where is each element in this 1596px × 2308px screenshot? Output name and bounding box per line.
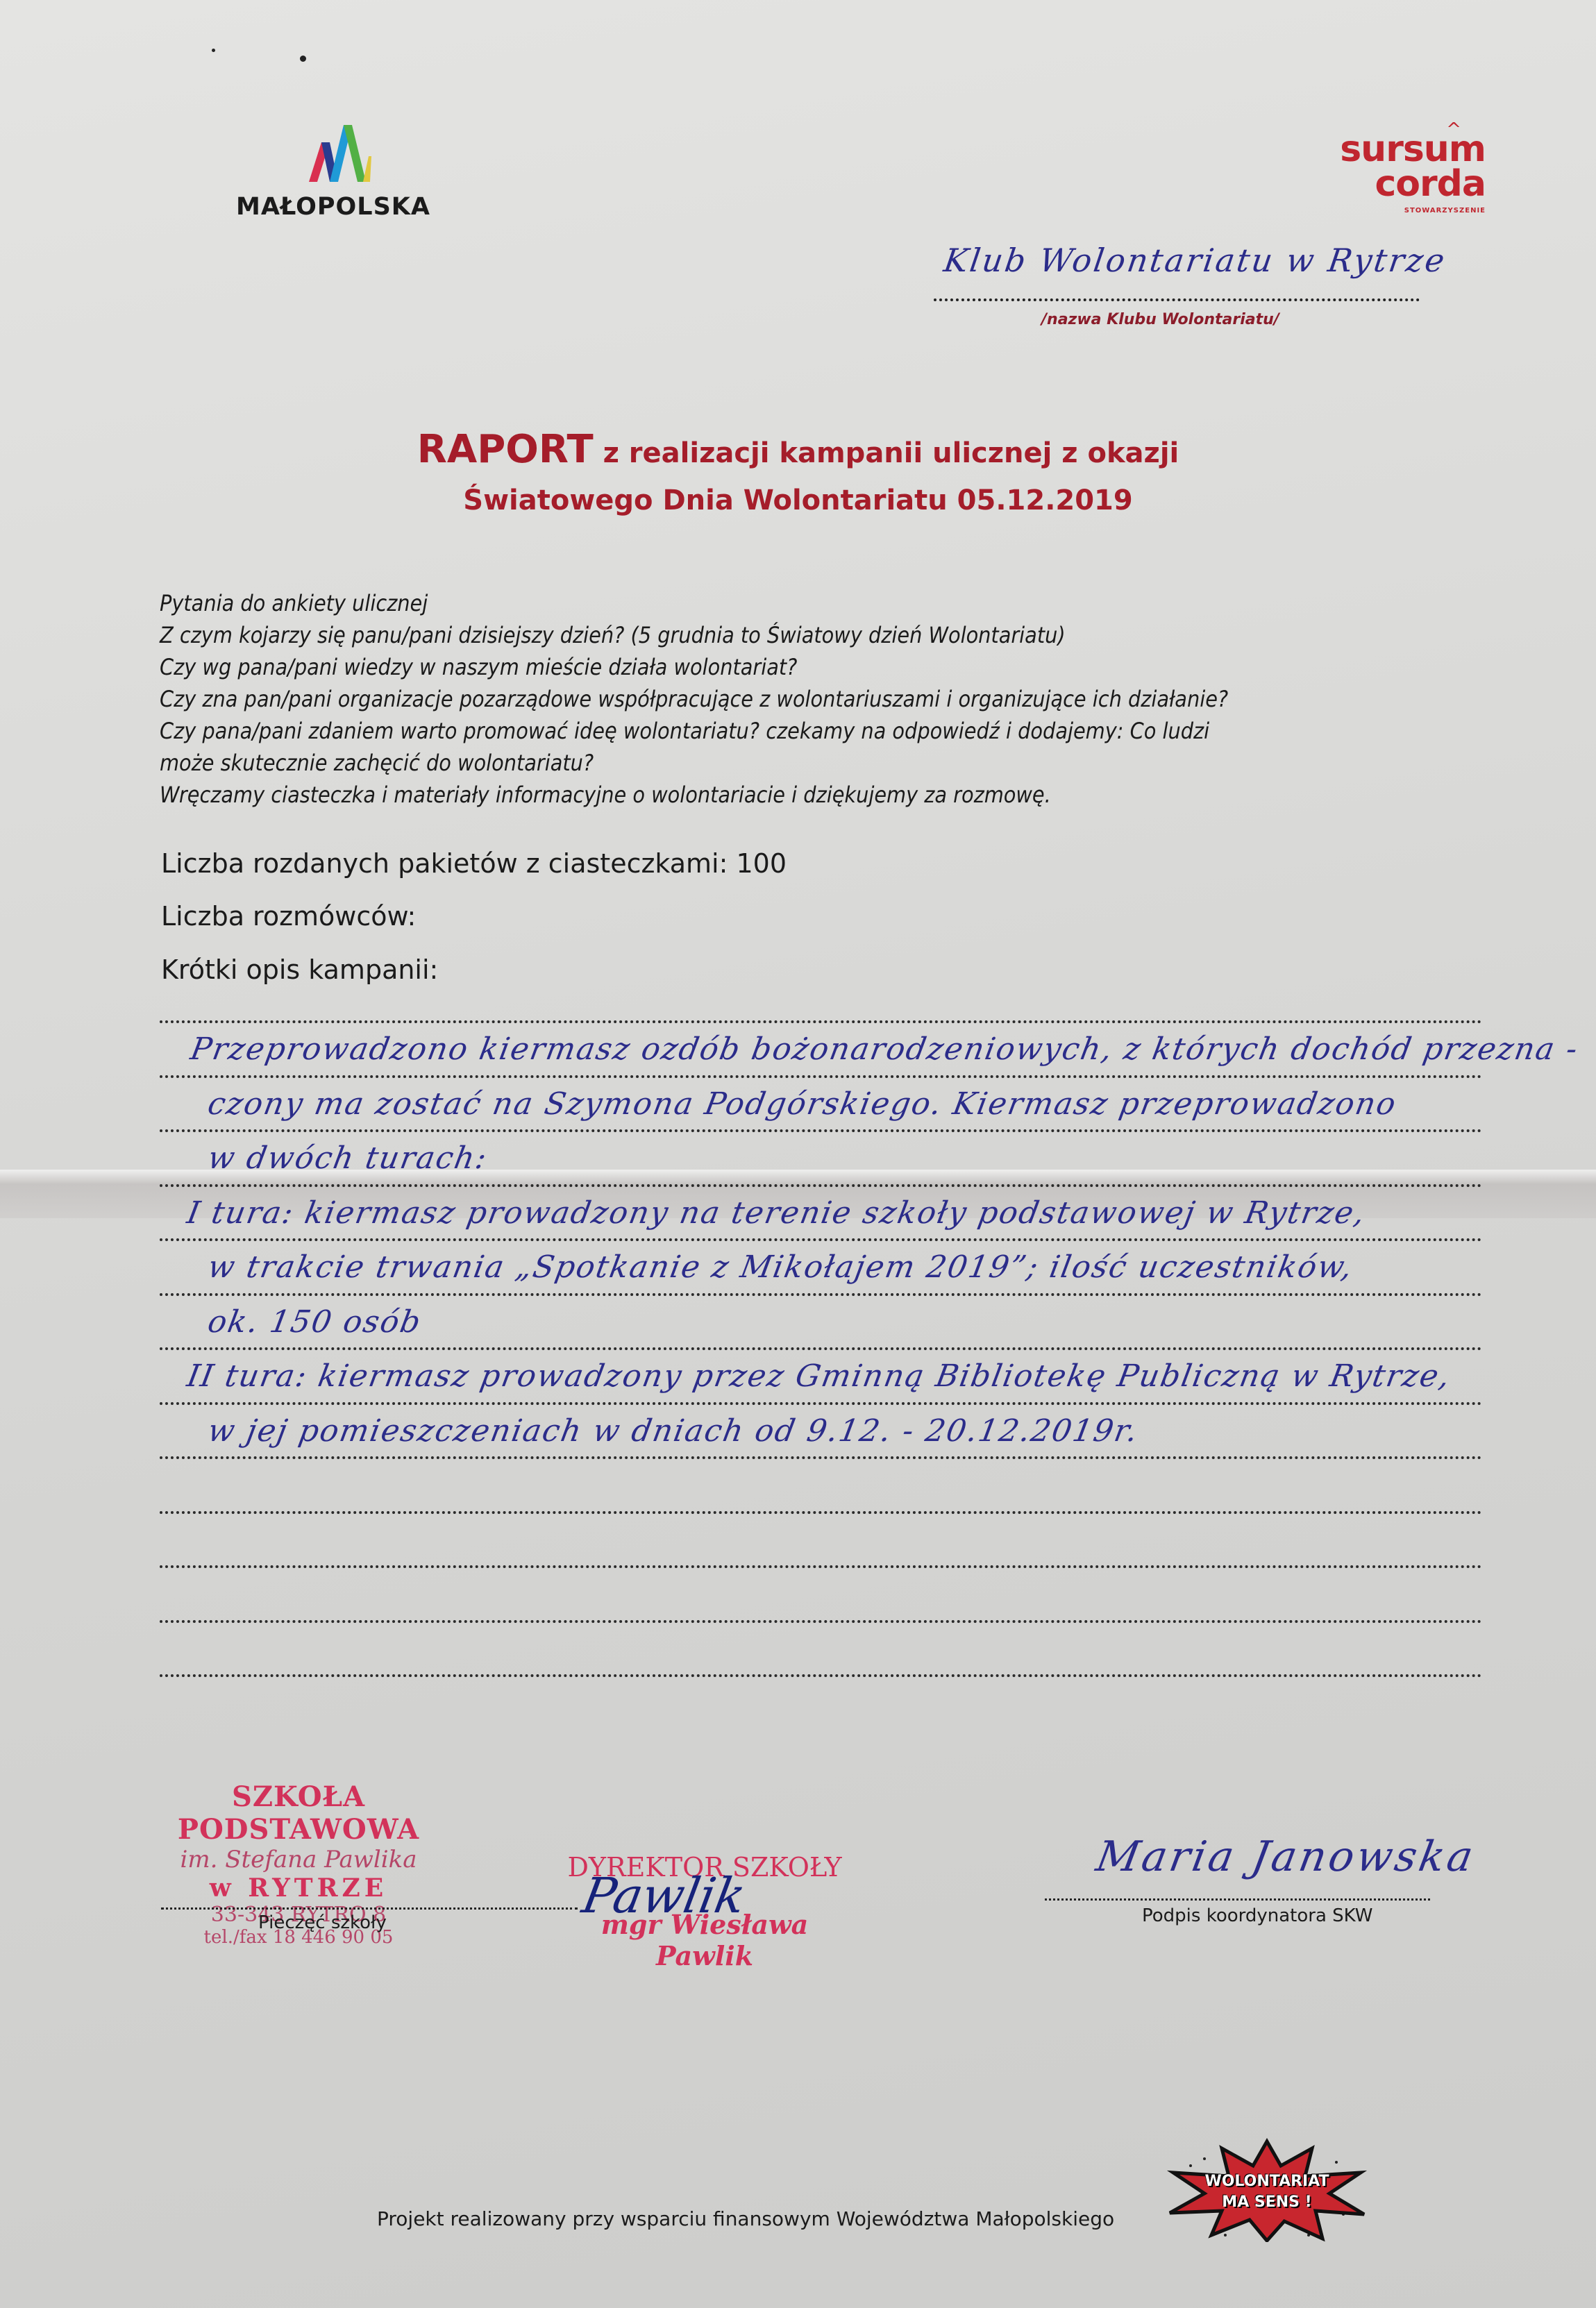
ruled-line bbox=[160, 1402, 1482, 1405]
malopolska-logo: MAŁOPOLSKA bbox=[236, 125, 444, 221]
club-name-caption: /nazwa Klubu Wolontariatu/ bbox=[1041, 311, 1279, 328]
ruled-line bbox=[160, 1129, 1482, 1132]
paper-speck bbox=[300, 56, 306, 62]
report-title-word: RAPORT bbox=[417, 427, 594, 472]
ruled-line bbox=[160, 1674, 1482, 1677]
school-stamp-caption: Pieczęć szkoły bbox=[258, 1912, 387, 1933]
ruled-line bbox=[160, 1511, 1482, 1514]
question-item: Czy zna pan/pani organizacje pozarządowe… bbox=[160, 683, 1513, 715]
survey-questions: Pytania do ankiety ulicznej Z czym kojar… bbox=[160, 587, 1513, 811]
description-line: w jej pomieszczeniach w dniach od 9.12. … bbox=[205, 1413, 1142, 1449]
badge-line: MA SENS ! bbox=[1163, 2192, 1371, 2213]
question-item: Wręczamy ciasteczka i materiały informac… bbox=[160, 779, 1513, 811]
description-label: Krótki opis kampanii: bbox=[161, 954, 438, 985]
question-item: Czy pana/pani zdaniem warto promować ide… bbox=[160, 715, 1513, 747]
footer-funding-note: Projekt realizowany przy wsparciu finans… bbox=[377, 2207, 1114, 2230]
ruled-line bbox=[160, 1456, 1482, 1459]
ruled-line bbox=[160, 1347, 1482, 1350]
packages-field: Liczba rozdanych pakietów z ciasteczkami… bbox=[161, 848, 787, 879]
school-stamp-line: im. Stefana Pawlika bbox=[118, 1846, 479, 1873]
coordinator-caption: Podpis koordynatora SKW bbox=[1142, 1905, 1373, 1926]
wolontariat-ma-sens-badge: WOLONTARIAT MA SENS ! bbox=[1163, 2138, 1371, 2242]
description-line: Przeprowadzono kiermasz ozdób bożonarodz… bbox=[188, 1031, 1581, 1067]
question-item: może skutecznie zachęcić do wolontariatu… bbox=[160, 747, 1513, 779]
club-name-field[interactable]: Klub Wolontariatu w Rytrze bbox=[941, 242, 1449, 279]
ruled-line bbox=[160, 1565, 1482, 1568]
description-line: I tura: kiermasz prowadzony na terenie s… bbox=[185, 1195, 1369, 1231]
report-title-rest: z realizacji kampanii ulicznej z okazji bbox=[594, 437, 1179, 469]
malopolska-m-icon bbox=[309, 125, 371, 187]
school-stamp-underline bbox=[161, 1907, 578, 1910]
club-name-underline bbox=[934, 298, 1420, 301]
sursum-corda-logo: ^ sursum corda STOWARZYSZENIE bbox=[1319, 132, 1486, 214]
malopolska-logo-text: MAŁOPOLSKA bbox=[236, 193, 444, 221]
report-title: RAPORT z realizacji kampanii ulicznej z … bbox=[0, 427, 1596, 472]
ruled-line bbox=[160, 1184, 1482, 1187]
corda-text: corda bbox=[1319, 167, 1486, 201]
director-signature[interactable]: Pawlik bbox=[578, 1867, 750, 1924]
description-line: w trakcie trwania „Spotkanie z Mikołajem… bbox=[205, 1249, 1356, 1285]
ruled-line bbox=[160, 1020, 1482, 1023]
ruled-line bbox=[160, 1238, 1482, 1241]
question-item: Czy wg pana/pani wiedzy w naszym mieście… bbox=[160, 651, 1513, 683]
description-line: ok. 150 osób bbox=[205, 1304, 425, 1340]
question-item: Z czym kojarzy się panu/pani dzisiejszy … bbox=[160, 619, 1513, 651]
packages-label: Liczba rozdanych pakietów z ciasteczkami… bbox=[161, 848, 728, 879]
question-heading: Pytania do ankiety ulicznej bbox=[160, 587, 1513, 619]
ruled-line bbox=[160, 1293, 1482, 1296]
description-line: II tura: kiermasz prowadzony przez Gminn… bbox=[185, 1358, 1454, 1394]
description-line: czony ma zostać na Szymona Podgórskiego.… bbox=[205, 1086, 1400, 1122]
interlocutors-label: Liczba rozmówców: bbox=[161, 901, 416, 932]
description-line: w dwóch turach: bbox=[205, 1140, 491, 1176]
heart-caret-icon: ^ bbox=[1446, 119, 1461, 140]
packages-value[interactable]: 100 bbox=[737, 848, 787, 879]
coordinator-signature[interactable]: Maria Janowska bbox=[1093, 1833, 1479, 1881]
ruled-line bbox=[160, 1075, 1482, 1078]
badge-text: WOLONTARIAT MA SENS ! bbox=[1163, 2171, 1371, 2213]
badge-line: WOLONTARIAT bbox=[1163, 2171, 1371, 2192]
stowarzyszenie-text: STOWARZYSZENIE bbox=[1319, 207, 1486, 214]
report-subtitle: Światowego Dnia Wolontariatu 05.12.2019 bbox=[0, 485, 1596, 516]
paper-speck bbox=[212, 49, 215, 52]
school-stamp-line: w RYTRZE bbox=[118, 1873, 479, 1903]
interlocutors-field: Liczba rozmówców: bbox=[161, 901, 416, 932]
school-stamp-line: SZKOŁA PODSTAWOWA bbox=[118, 1780, 479, 1846]
ruled-line bbox=[160, 1620, 1482, 1623]
coordinator-signature-line bbox=[1045, 1898, 1430, 1901]
